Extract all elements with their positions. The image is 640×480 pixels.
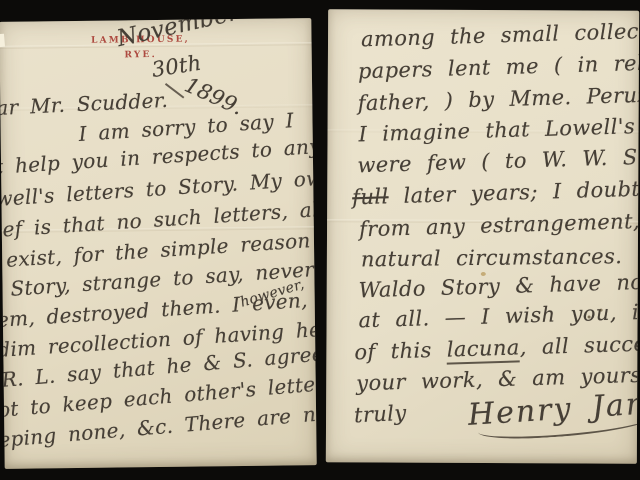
letter-line: I imagine that Lowell's lette	[358, 112, 639, 146]
letter-line: papers lent me ( in relation to	[358, 48, 640, 83]
line-rest: , all success a	[519, 330, 639, 359]
line-pre: of this	[354, 338, 447, 365]
foxing-dot	[600, 309, 603, 312]
letter-line: Waldo Story & have non	[358, 269, 639, 302]
letter-page-right: among the small collection papers lent m…	[326, 9, 639, 464]
letter-line: father, ) by Mme. Peruzzi.	[357, 82, 639, 115]
foxing-dot	[588, 316, 591, 319]
letter-line: full later years; I doubt mu	[352, 175, 639, 209]
foxing-dot	[481, 272, 486, 276]
letter-line: were few ( to W. W. S. ) in all	[357, 142, 639, 178]
letter-page-left: LAMB HOUSE, RYE. November 30th 1899. ar …	[0, 18, 317, 469]
letter-line: of this lacuna, all success a	[354, 330, 639, 364]
salutation: ar Mr. Scudder.	[0, 88, 169, 120]
letter-line: at all. — I wish you, in	[358, 300, 639, 333]
line-rest: later years; I doubt mu	[388, 175, 639, 208]
closing-word: truly	[353, 401, 407, 427]
struck-word: full	[352, 184, 389, 209]
page-edge-highlight	[0, 34, 5, 47]
letter-line: natural circumstances. —	[361, 244, 639, 272]
letter-photograph: LAMB HOUSE, RYE. November 30th 1899. ar …	[0, 0, 640, 480]
underlined-word: lacuna	[446, 335, 520, 364]
letter-line: among the small collection	[361, 18, 640, 52]
letter-line: from any estrangement, but	[359, 207, 640, 241]
